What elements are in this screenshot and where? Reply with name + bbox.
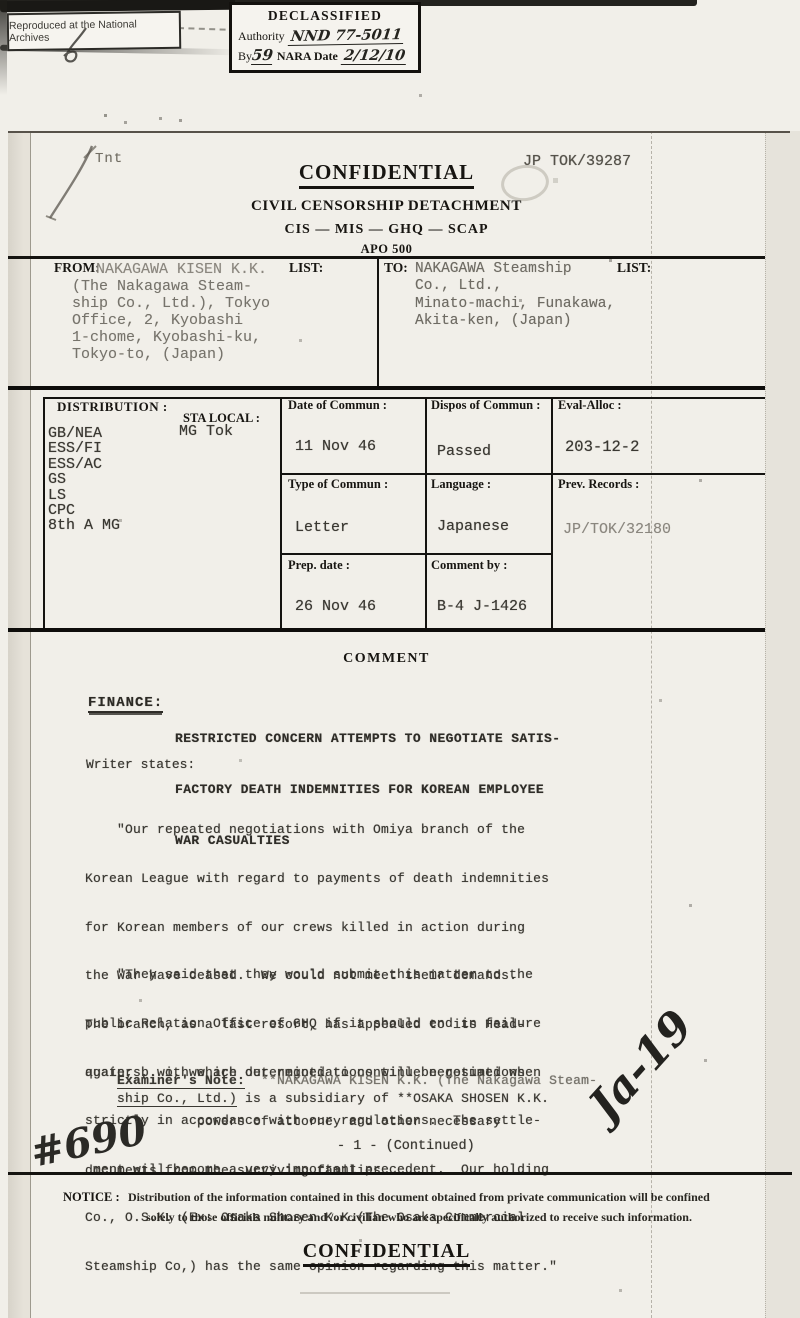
rule-above-table [8, 386, 765, 390]
classification-footer: CONFIDENTIAL [303, 1240, 471, 1267]
comment-by-label: Comment by : [431, 558, 507, 573]
table-v-col2 [425, 397, 427, 628]
typed-line: for Korean members of our crews killed i… [85, 920, 549, 936]
org-line-1: CIVIL CENSORSHIP DETACHMENT [8, 197, 765, 215]
rule-above-routing [8, 256, 765, 259]
page-marker: - 1 - (Continued) [337, 1139, 475, 1154]
table-bottom-border [8, 628, 765, 632]
comment-heading-row: COMMENT [8, 649, 765, 667]
distribution-item: CPC [48, 503, 120, 518]
dispos-of-commun-value: Passed [437, 443, 491, 460]
table-v-left [43, 397, 45, 628]
by-value: 59 [251, 46, 274, 65]
eval-alloc-value: 203-12-2 [565, 438, 639, 456]
language-label: Language : [431, 477, 491, 492]
declassified-stamp: DECLASSIFIED Authority NND 77-5011 By59 … [229, 2, 421, 73]
scan-dash-mark [178, 27, 236, 31]
from-label: FROM: [54, 260, 100, 276]
type-of-commun-label: Type of Commun : [288, 477, 388, 492]
table-v-distribution [280, 397, 282, 628]
to-list-label: LIST: [617, 260, 651, 276]
address-line: Tokyo-to, (Japan) [72, 346, 270, 363]
from-address: (The Nakagawa Steam- ship Co., Ltd.), To… [72, 278, 270, 363]
prep-date-label: Prep. date : [288, 558, 350, 573]
notice-line-2: solely to those officials military and /… [146, 1210, 692, 1225]
finance-topic-label: FINANCE: [88, 695, 163, 713]
comment-by-value: B-4 J-1426 [437, 598, 527, 615]
address-line: Akita-ken, (Japan) [415, 313, 615, 330]
examiner-note-underlined: ship Co., Ltd.) [117, 1091, 237, 1107]
org-line-2-text: CIS — MIS — GHQ — SCAP [284, 222, 488, 237]
to-label: TO: [384, 260, 408, 276]
language-value: Japanese [437, 518, 509, 535]
address-line: 1-chome, Kyobashi-ku, [72, 329, 270, 346]
org-line-2: CIS — MIS — GHQ — SCAP [8, 220, 765, 238]
address-line: NAKAGAWA Steamship [415, 261, 615, 278]
nara-date-value: 2/12/10 [341, 47, 409, 65]
nara-label: NARA Date [277, 49, 338, 63]
org-line-1-text: CIVIL CENSORSHIP DETACHMENT [251, 198, 522, 214]
typed-line: Korean League with regard to payments of… [85, 871, 549, 887]
table-v-col3 [551, 397, 553, 628]
comment-heading: COMMENT [343, 651, 430, 666]
distribution-item: GS [48, 472, 120, 487]
distribution-item: 8th A MG [48, 518, 120, 533]
examiner-note-text: is a subsidiary of **OSAKA SHOSEN K.K. [237, 1091, 549, 1106]
scan-top-left-edge [0, 0, 235, 12]
fold-line [651, 131, 652, 1318]
to-address: NAKAGAWA Steamship Co., Ltd., Minato-mac… [415, 261, 615, 330]
writer-states: Writer states: [86, 757, 195, 772]
address-line: Office, 2, Kyobashi [72, 312, 270, 329]
classification-header-row: CONFIDENTIAL [8, 160, 765, 189]
org-line-3-text: APO 500 [361, 242, 413, 256]
prev-records-value: JP/TOK/32180 [563, 521, 671, 538]
address-line: Minato-machi, Funakawa, [415, 296, 615, 313]
authority-value: NND 77-5011 [287, 26, 404, 46]
prev-records-label: Prev. Records : [558, 477, 639, 492]
date-of-commun-label: Date of Commun : [288, 398, 387, 413]
distribution-list: GB/NEA ESS/FI ESS/AC GS LS CPC 8th A MG [48, 426, 120, 534]
handwritten-initials: Ja-19 [579, 1001, 703, 1131]
address-line: ship Co., Ltd.), Tokyo [72, 295, 270, 312]
type-of-commun-value: Letter [295, 519, 349, 536]
eval-alloc-label: Eval-Alloc : [558, 398, 622, 413]
prep-date-value: 26 Nov 46 [295, 598, 376, 615]
classification-footer-row: CONFIDENTIAL [8, 1240, 765, 1267]
distribution-item: ESS/FI [48, 441, 120, 456]
table-row-line-1 [280, 473, 765, 475]
distribution-item: GB/NEA [48, 426, 120, 441]
classification-header: CONFIDENTIAL [299, 160, 474, 189]
distribution-item: ESS/AC [48, 457, 120, 472]
scanned-document-page: Reproduced at the National Archives DECL… [0, 0, 800, 1318]
from-list-label: LIST: [289, 260, 323, 276]
page-right-edge [765, 131, 800, 1318]
notice-label: NOTICE : [63, 1190, 120, 1205]
dispos-of-commun-label: Dispos of Commun : [431, 398, 540, 413]
by-label: By [238, 49, 252, 63]
address-line: (The Nakagawa Steam- [72, 278, 270, 295]
from-address-line1: NAKAGAWA KISEN K.K. [96, 261, 267, 278]
typed-line: public Relation Office of GHQ if it shou… [85, 1016, 557, 1032]
examiner-note-line-2: ship Co., Ltd.) is a subsidiary of **OSA… [85, 1076, 549, 1121]
typed-line: ment will become a very important preced… [85, 1162, 557, 1178]
distribution-label: DISTRIBUTION : [57, 399, 168, 415]
from-to-divider [377, 258, 379, 386]
declass-title: DECLASSIFIED [268, 8, 382, 23]
address-line: Co., Ltd., [415, 278, 615, 295]
scan-speckles [0, 0, 1, 1]
authority-label: Authority [238, 29, 285, 43]
typed-line: "They said that they would submit this m… [85, 967, 557, 983]
sta-local-value: MG Tok [179, 423, 233, 440]
pencil-curl-mark [52, 26, 102, 68]
typed-line: "Our repeated negotiations with Omiya br… [85, 822, 549, 838]
subject-line: RESTRICTED CONCERN ATTEMPTS TO NEGOTIATE… [175, 730, 560, 747]
page-top-border [8, 131, 790, 133]
distribution-item: LS [48, 488, 120, 503]
footer-rule [8, 1172, 792, 1175]
table-row-line-2 [280, 553, 553, 555]
faint-dash-mark [300, 1292, 450, 1294]
notice-line-1: Distribution of the information containe… [128, 1190, 710, 1205]
date-of-commun-value: 11 Nov 46 [295, 438, 376, 455]
